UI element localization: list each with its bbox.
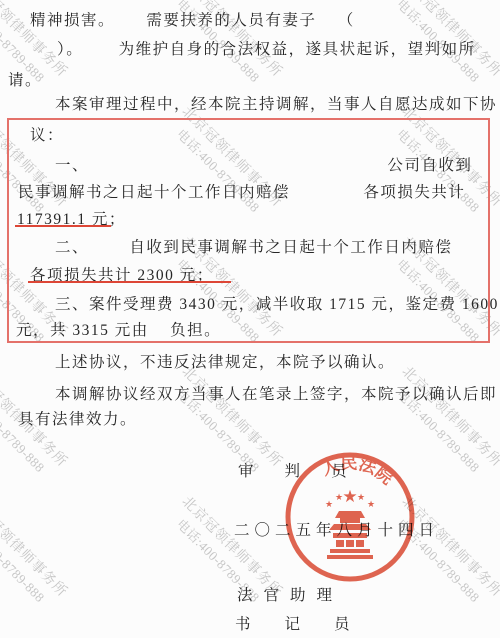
- doc-text-segment: 精神损害。: [30, 8, 115, 30]
- doc-text-segment: 民事调解书之日起十个工作日内赔偿: [18, 180, 290, 202]
- doc-text-segment: 自收到民事调解书之日起十个工作日内赔偿: [129, 235, 452, 257]
- doc-line: 一、 公司自收到: [55, 153, 472, 175]
- doc-text-segment: 三、案件受理费 3430 元，减半收取 1715 元，鉴定费 1600: [55, 292, 499, 314]
- doc-text-segment: 各项损失共计 2300 元；: [30, 263, 214, 285]
- document-text: 精神损害。 需要扶养的人员有妻子 （ ）。 为维护自身的合法权益，遂具状起诉，望…: [0, 0, 500, 638]
- doc-text-segment: 上述协议，不违反法律规定，本院予以确认。: [55, 350, 395, 372]
- doc-text-segment: 具有法律效力。: [18, 407, 137, 429]
- doc-text-segment: 元，共 3315 元由: [16, 318, 149, 340]
- clerk-label: 书记员: [235, 612, 384, 634]
- judge-label: 审判员: [238, 459, 378, 481]
- doc-text-segment: 负担。: [170, 318, 221, 340]
- doc-line: 元，共 3315 元由 负担。: [16, 318, 221, 340]
- doc-line: 上述协议，不违反法律规定，本院予以确认。: [55, 350, 395, 372]
- doc-line: 民事调解书之日起十个工作日内赔偿 各项损失共计: [18, 180, 465, 202]
- document-page: 北京冠领律师事务所电话:400-8789-888北京冠领律师事务所电话:400-…: [0, 0, 500, 638]
- doc-text-segment: 公司自收到: [387, 153, 472, 175]
- doc-line: 请。: [8, 68, 42, 90]
- doc-line: 三、案件受理费 3430 元，减半收取 1715 元，鉴定费 1600: [55, 292, 499, 314]
- doc-line: 本调解协议经双方当事人在笔录上签字，本院予以确认后即: [55, 382, 497, 404]
- doc-text-segment: 需要扶养的人员有妻子: [146, 8, 316, 30]
- doc-line: 精神损害。 需要扶养的人员有妻子 （: [30, 8, 355, 30]
- doc-text-segment: 各项损失共计: [363, 180, 465, 202]
- doc-text-segment: 本调解协议经双方当事人在笔录上签字，本院予以确认后即: [55, 382, 497, 404]
- judgment-date: 二〇二五年八月十四日: [234, 518, 439, 540]
- doc-line: 二、 自收到民事调解书之日起十个工作日内赔偿: [55, 235, 452, 257]
- doc-line: 117391.1 元；: [17, 207, 126, 229]
- doc-line: 各项损失共计 2300 元；: [30, 263, 214, 285]
- doc-text-segment: 请。: [8, 68, 42, 90]
- doc-text-segment: 本案审理过程中，经本院主持调解，当事人自愿达成如下协: [55, 92, 497, 114]
- doc-text-segment: 117391.1 元；: [17, 207, 126, 229]
- judge-assistant-label: 法官助理: [237, 583, 343, 605]
- doc-line: 本案审理过程中，经本院主持调解，当事人自愿达成如下协: [55, 92, 497, 114]
- doc-line: 议：: [30, 123, 64, 145]
- doc-line: 具有法律效力。: [18, 407, 137, 429]
- doc-text-segment: 一、: [55, 153, 89, 175]
- doc-text-segment: 议：: [30, 123, 64, 145]
- doc-text-segment: 为维护自身的合法权益，遂具状起诉，望判如所: [119, 37, 476, 59]
- doc-text-segment: 二、: [55, 235, 89, 257]
- doc-line: ）。 为维护自身的合法权益，遂具状起诉，望判如所: [57, 37, 476, 59]
- doc-text-segment: ）。: [57, 37, 83, 59]
- doc-text-segment: （: [338, 8, 355, 30]
